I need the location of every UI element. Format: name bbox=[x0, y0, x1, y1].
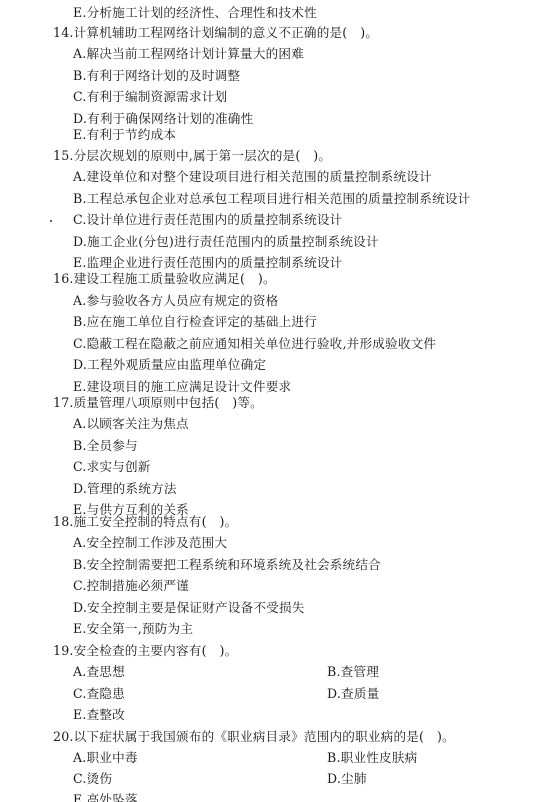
scan-artifact-dot bbox=[50, 220, 52, 222]
option-17-c: C.求实与创新 bbox=[73, 456, 151, 477]
option-18-e: E.安全第一,预防为主 bbox=[73, 618, 193, 639]
option-18-d: D.安全控制主要是保证财产设备不受损失 bbox=[73, 597, 305, 618]
option-19-e: E.查整改 bbox=[73, 704, 125, 725]
option-14-b: B.有利于网络计划的及时调整 bbox=[73, 65, 240, 86]
option-16-c: C.隐蔽工程在隐蔽之前应通知相关单位进行验收,并形成验收文件 bbox=[73, 333, 436, 354]
option-17-b: B.全员参与 bbox=[73, 435, 138, 456]
option-15-a: A.建设单位和对整个建设项目进行相关范围的质量控制系统设计 bbox=[73, 166, 432, 187]
option-15-c: C.设计单位进行责任范围内的质量控制系统设计 bbox=[73, 209, 342, 230]
option-19-a: A.查思想 bbox=[73, 661, 125, 682]
option-19-b: B.查管理 bbox=[327, 661, 379, 682]
option-18-a: A.安全控制工作涉及范围大 bbox=[73, 532, 227, 553]
question-19-stem: 19.安全检查的主要内容有( )。 bbox=[53, 640, 237, 661]
exam-page: E.分析施工计划的经济性、合理性和技术性 14.计算机辅助工程网络计划编制的意义… bbox=[0, 0, 560, 802]
question-17-stem: 17.质量管理八项原则中包括( )等。 bbox=[53, 392, 263, 413]
option-16-b: B.应在施工单位自行检查评定的基础上进行 bbox=[73, 311, 317, 332]
option-16-a: A.参与验收各方人员应有规定的资格 bbox=[73, 290, 278, 311]
option-15-d: D.施工企业(分包)进行责任范围内的质量控制系统设计 bbox=[73, 231, 379, 252]
option-17-a: A.以顾客关注为焦点 bbox=[73, 413, 189, 434]
option-14-a: A.解决当前工程网络计划计算量大的困难 bbox=[73, 43, 304, 64]
option-19-d: D.查质量 bbox=[327, 683, 379, 704]
option-17-d: D.管理的系统方法 bbox=[73, 478, 177, 499]
question-16-stem: 16.建设工程施工质量验收应满足( )。 bbox=[53, 268, 276, 289]
option-14-e: E.有利于节约成本 bbox=[73, 124, 176, 145]
option-16-d: D.工程外观质量应由监理单位确定 bbox=[73, 354, 266, 375]
option-18-b: B.安全控制需要把工程系统和环境系统及社会系统结合 bbox=[73, 554, 381, 575]
question-14-stem: 14.计算机辅助工程网络计划编制的意义不正确的是( )。 bbox=[53, 22, 378, 43]
question-15-stem: 15.分层次规划的原则中,属于第一层次的是( )。 bbox=[53, 145, 331, 166]
option-18-c: C.控制措施必须严谨 bbox=[73, 575, 189, 596]
option-14-c: C.有利于编制资源需求计划 bbox=[73, 86, 227, 107]
option-15-b: B.工程总承包企业对总承包工程项目进行相关范围的质量控制系统设计 bbox=[73, 188, 470, 209]
option-19-c: C.查隐患 bbox=[73, 683, 125, 704]
question-18-stem: 18.施工安全控制的特点有( )。 bbox=[53, 511, 237, 532]
option-13-e: E.分析施工计划的经济性、合理性和技术性 bbox=[73, 2, 317, 23]
